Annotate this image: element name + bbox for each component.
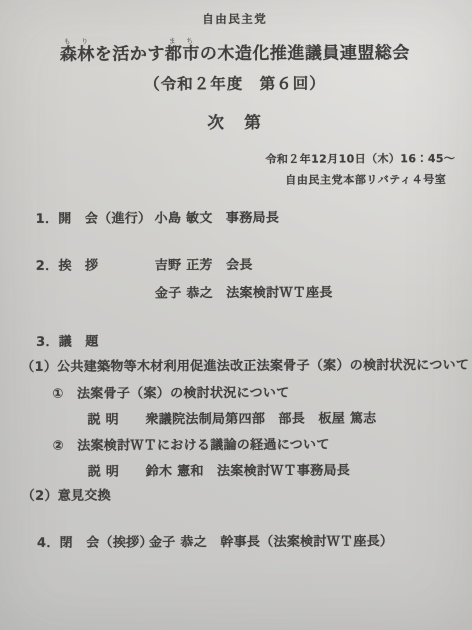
agenda-item-2-person-2: 金子 恭之 法案検討ＷＴ座長 xyxy=(155,287,333,303)
meeting-venue: 自由民主党本部リバティ４号室 xyxy=(285,174,446,187)
agenda-item-2-person-1: 吉野 正芳 会長 xyxy=(155,259,253,274)
agenda-item-2-label: 2．挨 拶 xyxy=(36,260,99,275)
main-title: 森林もりを活かす都市まちの木造化推進議員連盟総会 xyxy=(0,36,471,64)
doc-type-heading: 次 第 xyxy=(0,113,471,134)
title-segment: を活かす xyxy=(95,44,165,64)
title-ruby-forest: 森林もり xyxy=(60,45,95,65)
session-subtitle: （令和２年度 第６回） xyxy=(0,75,471,95)
agenda-item-4-person: 金子 恭之 幹事長（法案検討ＷＴ座長） xyxy=(149,535,393,551)
topic-1-sub-1-explainer: 説 明 衆議院法制局第四部 部長 板屋 篤志 xyxy=(87,412,376,428)
agenda-item-1-label: 1．開 会（進行） xyxy=(36,212,152,227)
party-name: 自由民主党 xyxy=(0,12,471,27)
topic-1-sub-2-label: ② 法案検討ＷＴにおける議論の経過について xyxy=(53,439,330,455)
meeting-datetime: 令和２年12月10日（木）16：45～ xyxy=(265,153,455,166)
topic-1-sub-2-explainer: 説 明 鈴木 憲和 法案検討ＷＴ事務局長 xyxy=(88,465,350,481)
topic-1-sub-1-label: ① 法案骨子（案）の検討状況について xyxy=(52,387,289,403)
title-segment: の木造化推進議員連盟総会 xyxy=(200,43,410,64)
agenda-item-1-person: 小島 敏文 事務局長 xyxy=(155,212,280,227)
agenda-item-4-label: 4．閉 会（挨拶） xyxy=(37,536,153,551)
topic-2-label: （2）意見交換 xyxy=(22,490,111,505)
agenda-document: 自由民主党 森林もりを活かす都市まちの木造化推進議員連盟総会 （令和２年度 第６… xyxy=(0,0,472,630)
title-ruby-city: 都市まち xyxy=(165,44,200,64)
agenda-document-photo: 自由民主党 森林もりを活かす都市まちの木造化推進議員連盟総会 （令和２年度 第６… xyxy=(0,0,472,630)
topic-1-label: （1）公共建築物等木材利用促進法改正法案骨子（案）の検討状況について xyxy=(21,359,469,376)
agenda-item-3-label: 3．議 題 xyxy=(36,336,99,351)
